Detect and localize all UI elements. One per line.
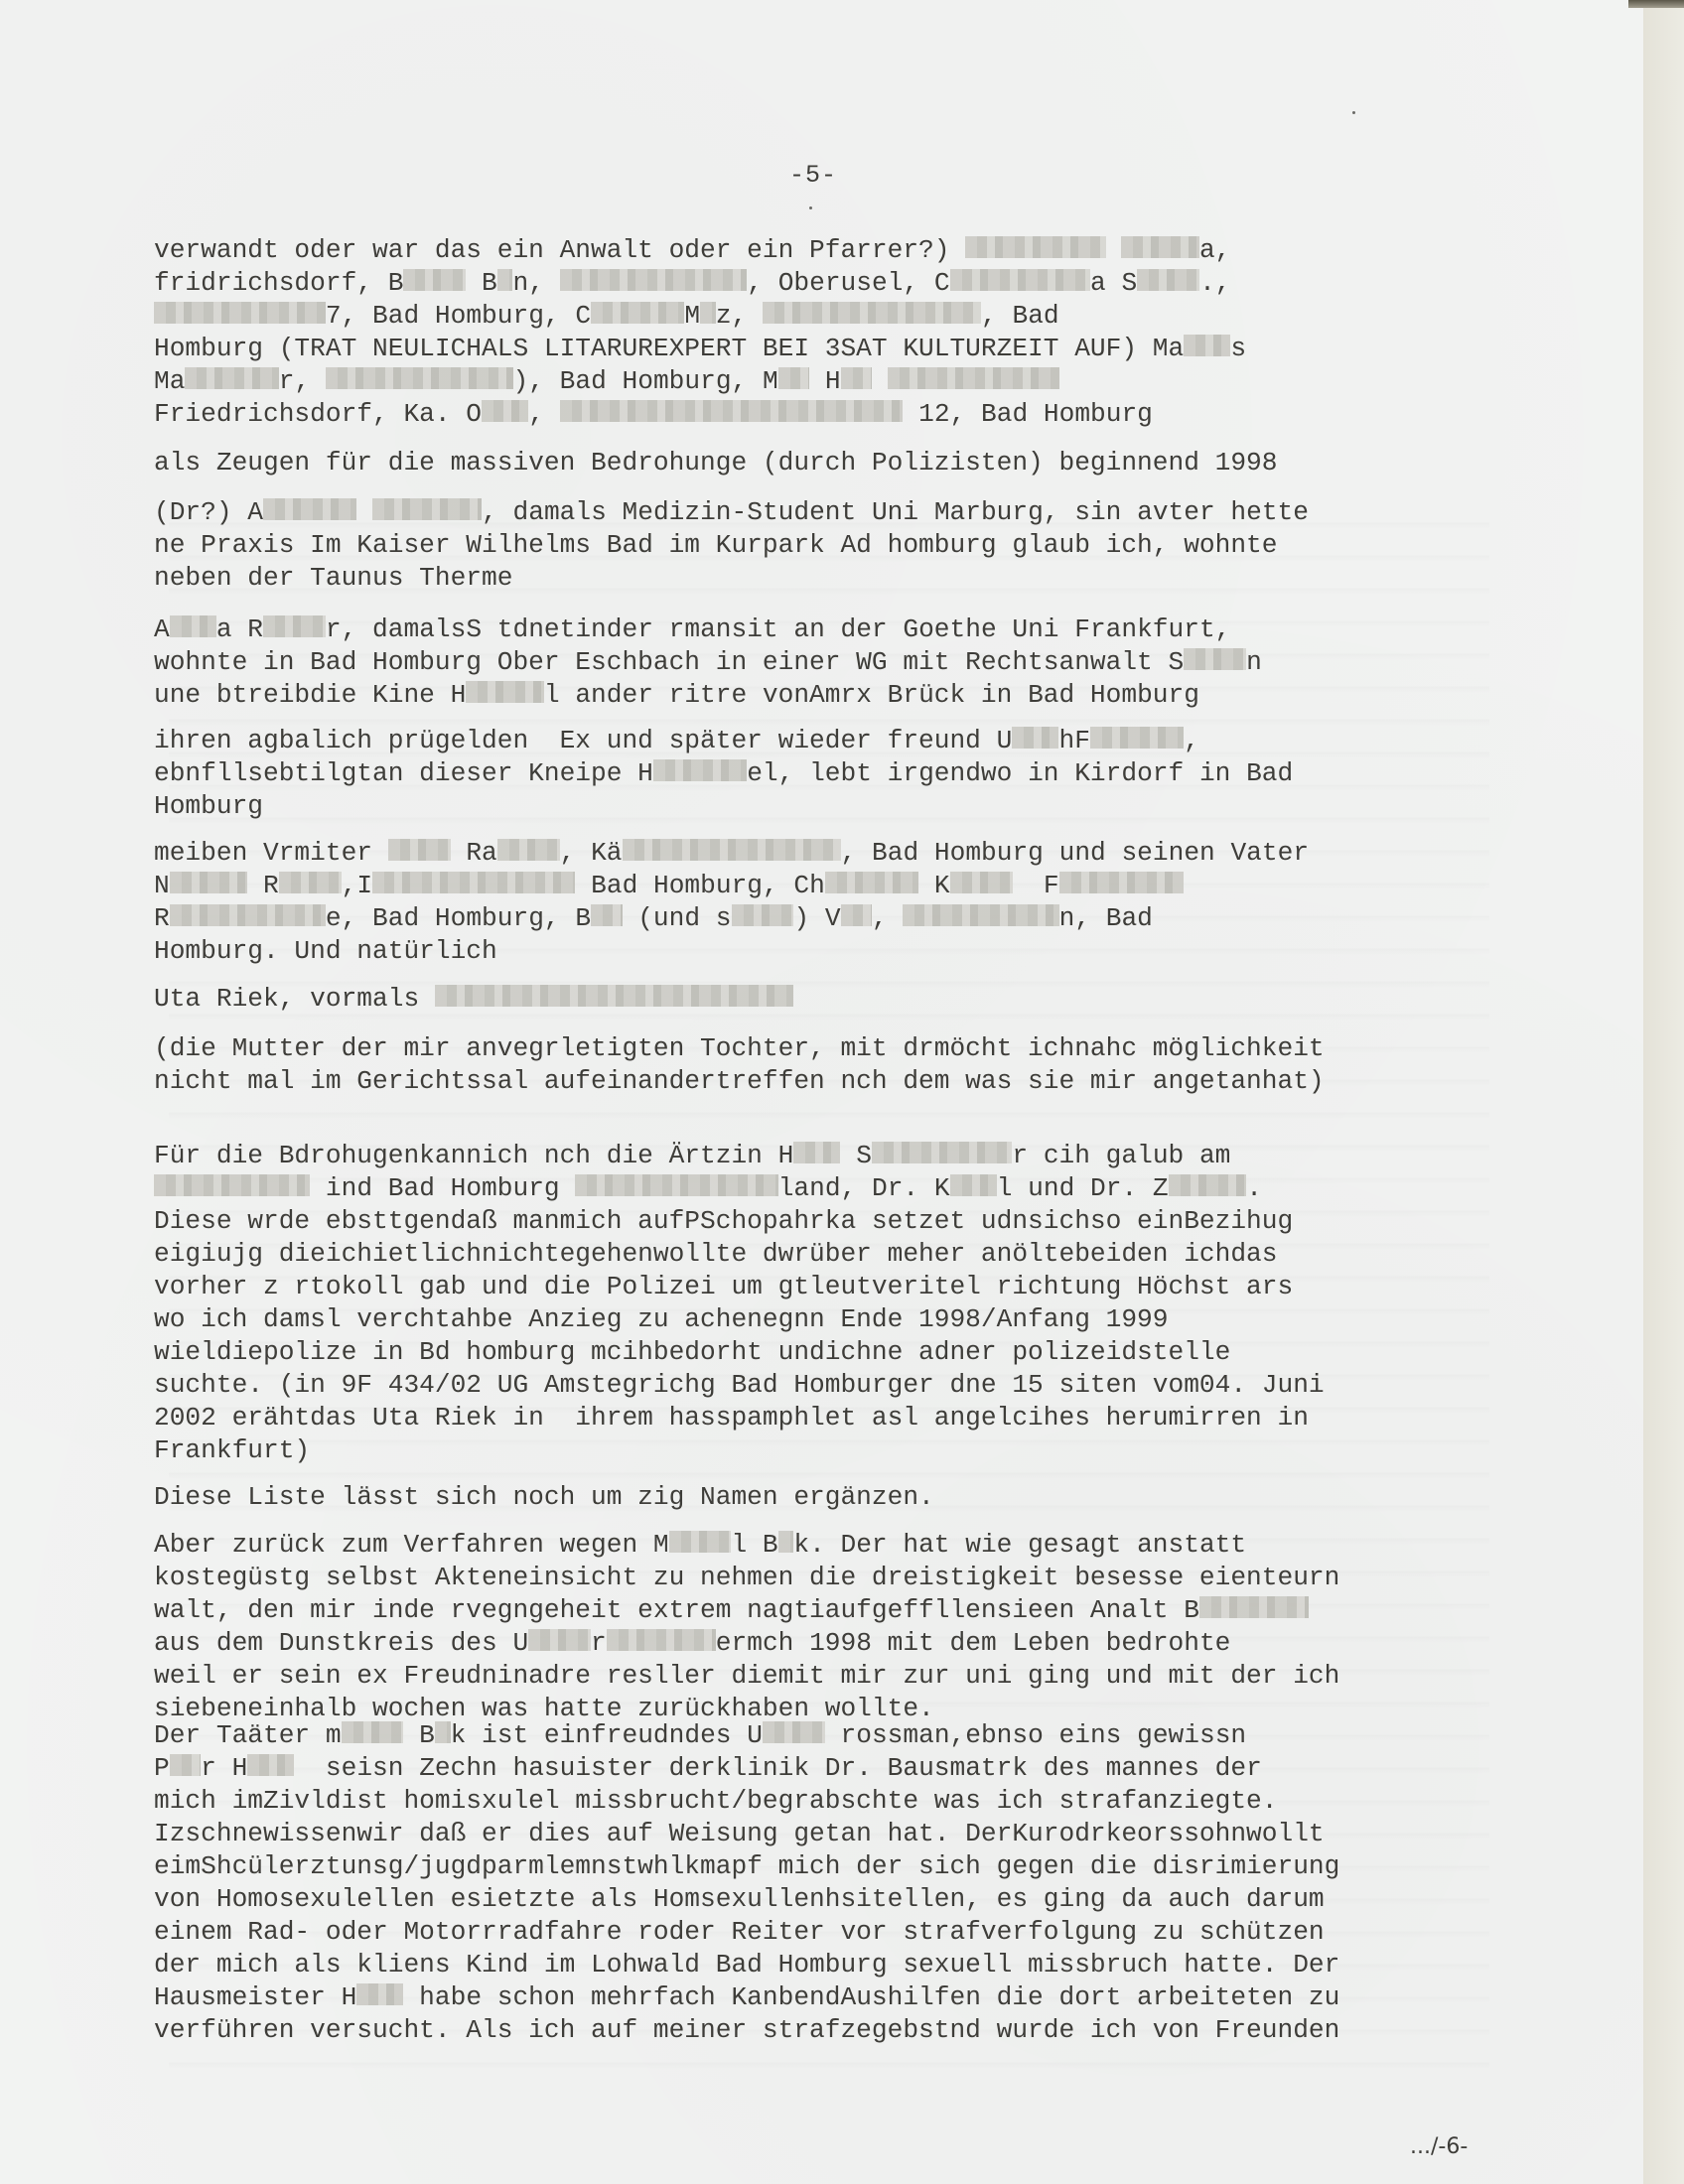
text-segment: r H (201, 1753, 247, 1783)
text-segment (1106, 235, 1122, 265)
text-segment: neben der Taunus Therme (154, 563, 512, 593)
redaction-block (1012, 727, 1058, 749)
text-segment: r cih galub am (1012, 1141, 1230, 1170)
redaction-block (560, 400, 904, 422)
text-segment: , Kä (560, 838, 623, 868)
text-line: 7, Bad Homburg, CMz, , Bad (154, 300, 1504, 333)
redaction-block (326, 367, 513, 389)
text-line: ind Bad Homburg land, Dr. Kl und Dr. Z. (154, 1172, 1504, 1205)
text-segment: habe schon mehrfach KanbendAushilfen die… (403, 1982, 1339, 2012)
text-segment: ne Praxis Im Kaiser Wilhelms Bad im Kurp… (154, 530, 1277, 560)
text-line: Re, Bad Homburg, B (und s) V, n, Bad (154, 902, 1504, 935)
redaction-block (170, 904, 326, 926)
text-segment: ) V (793, 903, 840, 933)
text-segment: ebnfllsebtilgtan dieser Kneipe H (154, 758, 653, 788)
scanner-top-edge (1628, 0, 1684, 8)
text-line: une btreibdie Kine Hl ander ritre vonAmr… (154, 679, 1504, 712)
text-segment: P (154, 1753, 170, 1783)
text-line: Der Taäter m Bk ist einfreudndes U rossm… (154, 1719, 1504, 1752)
paragraph-perpetrator-paragraph: Der Taäter m Bk ist einfreudndes U rossm… (154, 1719, 1504, 2047)
text-segment: wohnte in Bad Homburg Ober Eschbach in e… (154, 647, 1184, 677)
paragraph-witness-bergmann: (Dr?) A , damals Medizin-Student Uni Mar… (154, 496, 1504, 595)
text-segment: Ma (154, 366, 185, 396)
text-segment: , Bad (981, 301, 1059, 331)
text-segment: k. Der hat wie gesagt anstatt (793, 1530, 1246, 1560)
redaction-block (154, 1174, 310, 1196)
text-line: weil er sein ex Freudninadre resller die… (154, 1660, 1504, 1693)
text-segment: el, lebt irgendwo in Kirdorf in Bad (747, 758, 1293, 788)
redaction-block (466, 681, 544, 703)
redaction-block (342, 1721, 404, 1743)
redaction-block (1169, 1174, 1247, 1196)
redaction-block (372, 872, 575, 893)
text-line: ihren agbalich prügelden Ex und später w… (154, 725, 1504, 757)
redaction-block (841, 367, 872, 389)
redaction-block (888, 367, 1059, 389)
text-segment: wieldiepolize in Bd homburg mcihbedorht … (154, 1337, 1230, 1367)
text-line: ebnfllsebtilgtan dieser Kneipe Hel, lebt… (154, 757, 1504, 790)
text-segment: , (872, 903, 903, 933)
paragraph-witness-purpose: als Zeugen für die massiven Bedrohunge (… (154, 447, 1504, 479)
text-segment: n, (512, 268, 559, 298)
redaction-block (263, 498, 356, 520)
redaction-block (528, 1629, 591, 1651)
redaction-block (388, 839, 451, 861)
text-segment: Diese Liste lässt sich noch um zig Namen… (154, 1482, 934, 1512)
text-segment: une btreibdie Kine H (154, 680, 466, 710)
text-segment: der mich als kliens Kind im Lohwald Bad … (154, 1950, 1339, 1979)
text-line: Diese wrde ebsttgendaß manmich aufPSchop… (154, 1205, 1504, 1238)
redaction-block (1184, 648, 1246, 670)
text-segment: ermch 1998 mit dem Leben bedrohte (716, 1628, 1231, 1658)
redaction-block (950, 269, 1090, 291)
redaction-block (825, 872, 918, 893)
redaction-block (950, 872, 1013, 893)
redaction-block (700, 302, 716, 324)
text-line: von Homosexulellen esietzte als Homsexul… (154, 1883, 1504, 1916)
text-segment: ind Bad Homburg (310, 1173, 575, 1203)
text-line: Friedrichsdorf, Ka. O, 12, Bad Homburg (154, 398, 1504, 431)
text-segment: H (809, 366, 840, 396)
text-segment: (und s (623, 903, 732, 933)
redaction-block (170, 1754, 201, 1776)
redaction-block (1137, 269, 1199, 291)
text-segment: n, Bad (1059, 903, 1153, 933)
text-segment: Der Taäter m (154, 1720, 342, 1750)
text-segment: , (528, 399, 559, 429)
text-segment: , Oberusel, C (747, 268, 949, 298)
text-segment: , damals Medizin-Student Uni Marburg, si… (482, 497, 1309, 527)
text-segment: l und Dr. Z (997, 1173, 1169, 1203)
text-segment: Bad Homburg, Ch (575, 871, 824, 900)
text-segment: ), Bad Homburg, M (513, 366, 778, 396)
paragraph-witness-r: Aa Rr, damalsS tdnetinder rmansit an der… (154, 614, 1504, 712)
redaction-block (591, 302, 684, 324)
redaction-block (778, 1531, 794, 1553)
text-segment: 7, Bad Homburg, C (326, 301, 591, 331)
text-line: eigiujg dieichietlichnichtegehenwollte d… (154, 1238, 1504, 1271)
redaction-block (732, 904, 794, 926)
text-segment: Izschnewissenwir daß er dies auf Weisung… (154, 1819, 1325, 1848)
text-segment: weil er sein ex Freudninadre resller die… (154, 1661, 1339, 1691)
text-segment: ., (1199, 268, 1230, 298)
text-segment: R (247, 871, 278, 900)
text-segment: verführen versucht. Als ich auf meiner s… (154, 2015, 1339, 2045)
text-segment: Diese wrde ebsttgendaß manmich aufPSchop… (154, 1206, 1293, 1236)
text-line: 2002 erähtdas Uta Riek in ihrem hasspamp… (154, 1402, 1504, 1434)
text-line: verwandt oder war das ein Anwalt oder ei… (154, 234, 1504, 267)
redaction-block (778, 367, 809, 389)
redaction-block (497, 269, 513, 291)
text-segment: K (918, 871, 949, 900)
text-segment: , (1184, 726, 1199, 755)
page-number: -5- (789, 161, 837, 190)
text-segment: mich imZivldist homisxulel missbrucht/be… (154, 1786, 1277, 1816)
text-line: mich imZivldist homisxulel missbrucht/be… (154, 1785, 1504, 1818)
text-segment: Homburg (154, 791, 263, 821)
text-segment (356, 497, 372, 527)
text-line: einem Rad- oder Motorrradfahre roder Rei… (154, 1916, 1504, 1949)
text-segment: verwandt oder war das ein Anwalt oder ei… (154, 235, 965, 265)
redaction-block (372, 498, 482, 520)
text-line: Izschnewissenwir daß er dies auf Weisung… (154, 1818, 1504, 1850)
text-line: aus dem Dunstkreis des Urermch 1998 mit … (154, 1627, 1504, 1660)
paragraph-witness-riek: Uta Riek, vormals (154, 983, 1504, 1016)
text-segment: meiben Vrmiter (154, 838, 388, 868)
text-line: nicht mal im Gerichtssal aufeinandertref… (154, 1065, 1504, 1098)
text-segment: Uta Riek, vormals (154, 984, 435, 1014)
redaction-block (185, 367, 278, 389)
text-segment: ,I (342, 871, 372, 900)
redaction-block (356, 1983, 403, 2005)
text-segment: suchte. (in 9F 434/02 UG Amstegrichg Bad… (154, 1370, 1325, 1400)
text-line: Homburg (TRAT NEULICHALS LITARUREXPERT B… (154, 333, 1504, 365)
text-segment: e, Bad Homburg, B (326, 903, 591, 933)
paragraph-witness-landlord: meiben Vrmiter Ra, Kä, Bad Homburg und s… (154, 837, 1504, 968)
text-segment: z, (716, 301, 763, 331)
scan-speck (1352, 111, 1355, 114)
text-segment: kostegüstg selbst Akteneinsicht zu nehme… (154, 1563, 1339, 1592)
text-segment: F (1013, 871, 1059, 900)
redaction-block (575, 1174, 777, 1196)
text-segment: l B (731, 1530, 777, 1560)
text-segment: (die Mutter der mir anvegrletigten Tocht… (154, 1033, 1325, 1063)
text-line: ne Praxis Im Kaiser Wilhelms Bad im Kurp… (154, 529, 1504, 562)
redaction-block (950, 1174, 997, 1196)
text-line: Diese Liste lässt sich noch um zig Namen… (154, 1481, 1504, 1514)
text-line: Hausmeister H habe schon mehrfach Kanben… (154, 1981, 1504, 2014)
text-segment: N (154, 871, 170, 900)
redaction-block (623, 839, 841, 861)
text-segment: land, Dr. K (778, 1173, 950, 1203)
text-segment: Frankfurt) (154, 1435, 310, 1465)
redaction-block (279, 872, 342, 893)
paragraph-procedure-paragraph: Aber zurück zum Verfahren wegen Ml Bk. D… (154, 1529, 1504, 1725)
text-segment: vorher z rtokoll gab und die Polizei um … (154, 1272, 1293, 1301)
text-line: verführen versucht. Als ich auf meiner s… (154, 2014, 1504, 2047)
text-segment: rossman,ebnso eins gewissn (825, 1720, 1246, 1750)
text-line: als Zeugen für die massiven Bedrohunge (… (154, 447, 1504, 479)
text-line: Uta Riek, vormals (154, 983, 1504, 1016)
text-segment: Ra (451, 838, 497, 868)
redaction-block (403, 269, 466, 291)
text-segment: aus dem Dunstkreis des U (154, 1628, 528, 1658)
text-line: Mar, ), Bad Homburg, M H (154, 365, 1504, 398)
redaction-block (793, 1142, 840, 1163)
redaction-block (872, 1142, 1012, 1163)
redaction-block (435, 1721, 451, 1743)
redaction-block (170, 615, 216, 637)
text-segment: s (1230, 334, 1246, 363)
redaction-block (154, 302, 326, 324)
text-line: wohnte in Bad Homburg Ober Eschbach in e… (154, 646, 1504, 679)
text-line: Frankfurt) (154, 1434, 1504, 1467)
text-segment: seisn Zechn hasuister derklinik Dr. Baus… (294, 1753, 1261, 1783)
text-segment: r, damalsS tdnetinder rmansit an der Goe… (326, 614, 1230, 644)
redaction-block (482, 400, 528, 422)
scan-speck (809, 206, 812, 209)
text-line: N R,I Bad Homburg, Ch K F (154, 870, 1504, 902)
text-segment: hF (1058, 726, 1089, 755)
text-segment: eimShcülerztunsg/jugdparmlemnstwhlkmapf … (154, 1851, 1339, 1881)
text-segment: (Dr?) A (154, 497, 263, 527)
text-segment: l ander ritre vonAmrx Brück in Bad Hombu… (544, 680, 1199, 710)
text-segment: , Bad Homburg und seinen Vater (841, 838, 1309, 868)
text-segment: Aber zurück zum Verfahren wegen M (154, 1530, 669, 1560)
text-line: wieldiepolize in Bd homburg mcihbedorht … (154, 1336, 1504, 1369)
text-line: meiben Vrmiter Ra, Kä, Bad Homburg und s… (154, 837, 1504, 870)
redaction-block (669, 1531, 732, 1553)
paragraph-list-extendable: Diese Liste lässt sich noch um zig Namen… (154, 1481, 1504, 1514)
redaction-block (763, 302, 981, 324)
redaction-block (560, 269, 748, 291)
redaction-block (1121, 236, 1199, 258)
text-line: (die Mutter der mir anvegrletigten Tocht… (154, 1032, 1504, 1065)
text-segment (872, 366, 888, 396)
text-segment: ihren agbalich prügelden Ex und später w… (154, 726, 1012, 755)
text-segment: a, (1199, 235, 1230, 265)
text-line: Pr H seisn Zechn hasuister derklinik Dr.… (154, 1752, 1504, 1785)
text-segment: nicht mal im Gerichtssal aufeinandertref… (154, 1066, 1325, 1096)
text-segment: n (1246, 647, 1262, 677)
text-line: vorher z rtokoll gab und die Polizei um … (154, 1271, 1504, 1303)
text-segment: Friedrichsdorf, Ka. O (154, 399, 482, 429)
text-line: kostegüstg selbst Akteneinsicht zu nehme… (154, 1562, 1504, 1594)
paragraph-threats-paragraph: Für die Bdrohugenkannich nch die Ärtzin … (154, 1140, 1504, 1467)
text-line: der mich als kliens Kind im Lohwald Bad … (154, 1949, 1504, 1981)
redaction-block (591, 904, 622, 926)
redaction-block (763, 1721, 825, 1743)
text-line: Homburg (154, 790, 1504, 823)
scanner-edge (1643, 0, 1684, 2184)
redaction-block (841, 904, 872, 926)
redaction-block (607, 1629, 716, 1651)
redaction-block (170, 872, 248, 893)
text-segment: Hausmeister H (154, 1982, 356, 2012)
redaction-block (435, 985, 794, 1007)
redaction-block (247, 1754, 294, 1776)
text-line: Für die Bdrohugenkannich nch die Ärtzin … (154, 1140, 1504, 1172)
text-segment: M (684, 301, 700, 331)
text-segment: S (840, 1141, 871, 1170)
text-segment: Für die Bdrohugenkannich nch die Ärtzin … (154, 1141, 793, 1170)
text-line: walt, den mir inde rvegngeheit extrem na… (154, 1594, 1504, 1627)
text-segment: a S (1090, 268, 1137, 298)
text-line: eimShcülerztunsg/jugdparmlemnstwhlkmapf … (154, 1850, 1504, 1883)
text-segment: walt, den mir inde rvegngeheit extrem na… (154, 1595, 1199, 1625)
text-line: suchte. (in 9F 434/02 UG Amstegrichg Bad… (154, 1369, 1504, 1402)
redaction-block (497, 839, 560, 861)
redaction-block (653, 759, 747, 781)
text-segment: r, (279, 366, 326, 396)
text-line: Homburg. Und natürlich (154, 935, 1504, 968)
text-segment: r (591, 1628, 607, 1658)
paragraph-riek-note: (die Mutter der mir anvegrletigten Tocht… (154, 1032, 1504, 1098)
text-segment: A (154, 614, 170, 644)
text-line: Aber zurück zum Verfahren wegen Ml Bk. D… (154, 1529, 1504, 1562)
redaction-block (903, 904, 1058, 926)
text-line: neben der Taunus Therme (154, 562, 1504, 595)
text-line: Aa Rr, damalsS tdnetinder rmansit an der… (154, 614, 1504, 646)
text-segment: als Zeugen für die massiven Bedrohunge (… (154, 448, 1277, 478)
text-segment: 2002 erähtdas Uta Riek in ihrem hasspamp… (154, 1403, 1309, 1433)
text-segment: a R (216, 614, 263, 644)
paragraph-witness-list-continued: verwandt oder war das ein Anwalt oder ei… (154, 234, 1504, 431)
redaction-block (1059, 872, 1185, 893)
redaction-block (1184, 335, 1230, 356)
text-segment: Homburg (TRAT NEULICHALS LITARUREXPERT B… (154, 334, 1184, 363)
text-segment: . (1246, 1173, 1262, 1203)
text-line: (Dr?) A , damals Medizin-Student Uni Mar… (154, 496, 1504, 529)
text-segment: B (403, 1720, 434, 1750)
redaction-block (1199, 1596, 1309, 1618)
continuation-marker: .../-6- (1410, 2134, 1468, 2159)
text-segment: eigiujg dieichietlichnichtegehenwollte d… (154, 1239, 1277, 1269)
text-line: fridrichsdorf, B Bn, , Oberusel, Ca S., (154, 267, 1504, 300)
paragraph-witness-ex-friend: ihren agbalich prügelden Ex und später w… (154, 725, 1504, 823)
redaction-block (263, 615, 326, 637)
text-segment: Homburg. Und natürlich (154, 936, 497, 966)
text-segment: 12, Bad Homburg (903, 399, 1152, 429)
redaction-block (965, 236, 1105, 258)
text-segment: von Homosexulellen esietzte als Homsexul… (154, 1884, 1325, 1914)
text-segment: R (154, 903, 170, 933)
text-segment: B (466, 268, 496, 298)
redaction-block (1090, 727, 1184, 749)
text-line: wo ich damsl verchtahbe Anzieg zu achene… (154, 1303, 1504, 1336)
text-segment: einem Rad- oder Motorrradfahre roder Rei… (154, 1917, 1325, 1947)
document-page: -5- verwandt oder war das ein Anwalt ode… (0, 0, 1643, 2184)
text-segment: fridrichsdorf, B (154, 268, 403, 298)
text-segment: wo ich damsl verchtahbe Anzieg zu achene… (154, 1304, 1168, 1334)
text-segment: k ist einfreudndes U (451, 1720, 763, 1750)
